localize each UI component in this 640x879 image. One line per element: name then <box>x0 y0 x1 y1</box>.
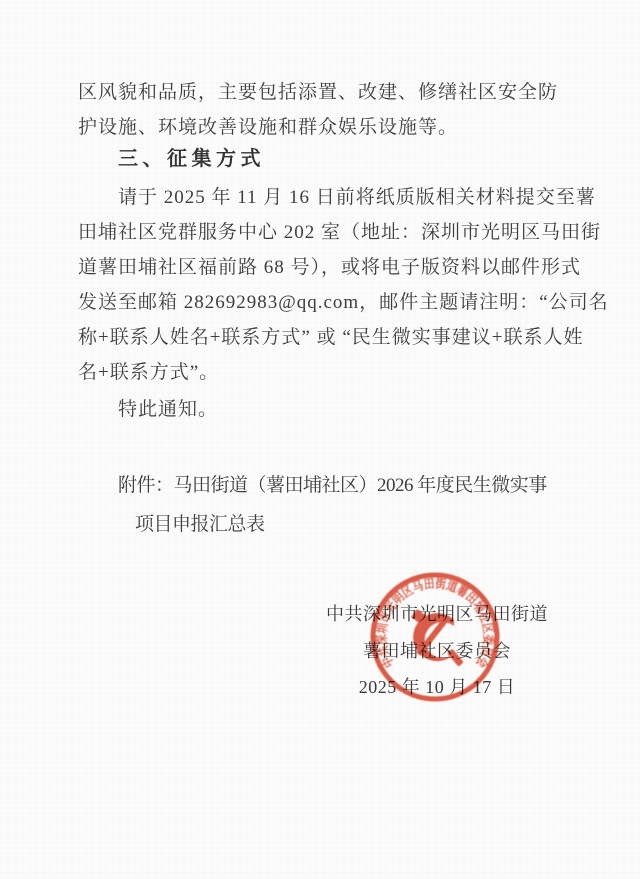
body-line: 田埔社区党群服务中心 202 室（地址：深圳市光明区马田街 <box>78 215 609 250</box>
section-heading-block: 三、征集方式 <box>78 142 265 177</box>
body-line: 道薯田埔社区福前路 68 号），或将电子版资料以邮件形式 <box>78 250 609 285</box>
body-line: 名+联系方式”。 <box>78 355 609 390</box>
signature-org-line: 中共深圳市光明区马田街道 <box>302 596 572 633</box>
body-line: 称+联系人姓名+联系方式” 或 “民生微实事建议+联系人姓 <box>78 320 609 355</box>
attachment-line: 项目申报汇总表 <box>78 505 547 544</box>
scanned-notice-page: 区风貌和品质，主要包括添置、改建、修缮社区安全防 护设施、环境改善设施和群众娱乐… <box>0 0 640 879</box>
paragraph-closing: 特此通知。 <box>78 392 218 427</box>
body-line: 发送至邮箱 282692983@qq.com，邮件主题请注明：“公司名 <box>78 285 609 320</box>
paragraph-continuation: 区风貌和品质，主要包括添置、改建、修缮社区安全防 护设施、环境改善设施和群众娱乐… <box>78 75 558 145</box>
paragraph-submission: 请于 2025 年 11 月 16 日前将纸质版相关材料提交至薯 田埔社区党群服… <box>78 180 609 390</box>
attachment-block: 附件：马田街道（薯田埔社区）2026 年度民生微实事 项目申报汇总表 <box>78 466 547 544</box>
section-heading: 三、征集方式 <box>78 142 265 177</box>
body-line: 区风貌和品质，主要包括添置、改建、修缮社区安全防 <box>78 75 558 110</box>
body-line: 请于 2025 年 11 月 16 日前将纸质版相关材料提交至薯 <box>78 180 609 215</box>
body-line: 护设施、环境改善设施和群众娱乐设施等。 <box>78 110 558 145</box>
attachment-line: 附件：马田街道（薯田埔社区）2026 年度民生微实事 <box>78 466 547 505</box>
signature-date: 2025 年 10 月 17 日 <box>302 669 572 706</box>
closing-line: 特此通知。 <box>78 392 218 427</box>
signature-block: 中共深圳市光明区马田街道 薯田埔社区委员会 2025 年 10 月 17 日 <box>302 596 572 706</box>
signature-org-line: 薯田埔社区委员会 <box>302 633 572 670</box>
